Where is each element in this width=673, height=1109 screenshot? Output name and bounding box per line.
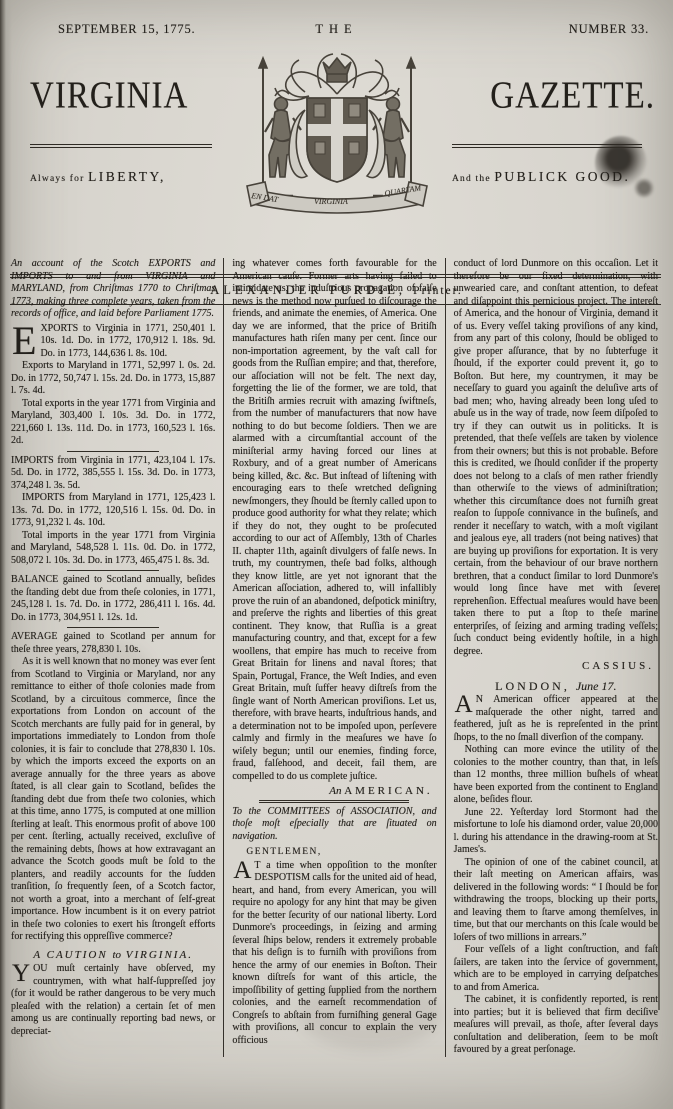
- section-rule: [67, 570, 159, 571]
- article-columns: An account of the Scotch EXPORTS and IMP…: [10, 258, 659, 1057]
- masthead-the: THE: [315, 22, 357, 37]
- paragraph: YOU muſt certainly have obſerved, my cou…: [11, 963, 215, 1038]
- signature: An AMERICAN.: [232, 785, 432, 798]
- section-heading: LONDON, June 17.: [454, 680, 658, 693]
- paragraph: Total exports in the year 1771 from Virg…: [11, 398, 215, 448]
- paragraph: AN American officer appeared at the maſq…: [454, 694, 658, 744]
- section-rule: [67, 451, 159, 452]
- text-segment: June 17.: [576, 679, 617, 693]
- column-2: ing whatever comes forth favourable for …: [223, 258, 444, 1057]
- paragraph: AT a time when oppoſition to the monſter…: [232, 860, 436, 1048]
- drop-cap: A: [232, 860, 254, 881]
- masthead-title-left: VIRGINIA: [30, 75, 188, 117]
- motto-right: And the PUBLICK GOOD.: [452, 168, 630, 186]
- issue-header: SEPTEMBER 15, 1775. THE NUMBER 33.: [0, 22, 673, 42]
- column-1: An account of the Scotch EXPORTS and IMP…: [10, 258, 223, 1057]
- paragraph: The cabinet, it is confidently reported,…: [454, 994, 658, 1057]
- crest-motto-center: VIRGINIA: [314, 197, 348, 206]
- paragraph: Total imports in the year 1771 from Virg…: [11, 530, 215, 568]
- masthead-title-right: GAZETTE.: [490, 75, 655, 117]
- paragraph: Four veſſels of a light conſtruction, an…: [454, 944, 658, 994]
- drop-cap: Y: [11, 963, 33, 984]
- section-intro: To the COMMITTEES of ASSOCIATION, and th…: [232, 806, 436, 844]
- double-rule: [452, 144, 642, 148]
- section-heading: A CAUTION to VIRGINIA.: [11, 949, 215, 962]
- signature-rule: [259, 800, 409, 803]
- drop-cap: E: [11, 323, 40, 357]
- paragraph: June 22. Yeſterday lord Stormont had the…: [454, 807, 658, 857]
- drop-cap: A: [454, 694, 476, 715]
- motto-left-small: Always for: [30, 174, 88, 184]
- paragraph: Exports to Maryland in 1771, 52,997 l. 0…: [11, 360, 215, 398]
- section-intro: An account of the Scotch EXPORTS and IMP…: [11, 258, 215, 321]
- issue-date: SEPTEMBER 15, 1775.: [58, 22, 195, 37]
- motto-right-large: PUBLICK GOOD.: [494, 169, 630, 184]
- motto-right-small: And the: [452, 174, 494, 184]
- paragraph: IMPORTS from Virginia in 1771, 423,104 l…: [11, 455, 215, 493]
- text-segment: VIRGINIA.: [121, 949, 193, 961]
- motto-left-large: LIBERTY,: [88, 169, 166, 184]
- text-segment: to: [112, 949, 121, 961]
- paragraph: conduct of lord Dunmore on this occaſion…: [454, 258, 658, 658]
- paragraph: Nothing can more evince the utility of t…: [454, 744, 658, 807]
- paragraph: As it is well known that no money was ev…: [11, 656, 215, 944]
- text-segment: AMERICAN.: [344, 785, 432, 797]
- paragraph: EXPORTS to Virginia in 1771, 250,401 l. …: [11, 323, 215, 361]
- text-segment: LONDON,: [495, 679, 576, 693]
- double-rule: [30, 144, 212, 148]
- paragraph: The opinion of one of the cabinet counci…: [454, 857, 658, 945]
- text-segment: A CAUTION: [33, 949, 112, 961]
- coat-of-arms: EN DAT VIRGINIA QUARTAM: [217, 40, 457, 280]
- text-segment: An: [329, 785, 344, 797]
- signature: CASSIUS.: [454, 660, 654, 673]
- salutation: GENTLEMEN,: [232, 846, 436, 859]
- text-segment: CASSIUS.: [582, 660, 654, 672]
- paragraph: IMPORTS from Maryland in 1771, 125,423 l…: [11, 492, 215, 530]
- paragraph: ing whatever comes forth favourable for …: [232, 258, 436, 783]
- newspaper-page: SEPTEMBER 15, 1775. THE NUMBER 33. VIRGI…: [0, 0, 673, 1109]
- motto-left: Always for LIBERTY,: [30, 168, 166, 186]
- paragraph: BALANCE gained to Scotland annually, beſ…: [11, 574, 215, 624]
- column-3: conduct of lord Dunmore on this occaſion…: [445, 258, 659, 1057]
- section-rule: [67, 627, 159, 628]
- paragraph: AVERAGE gained to Scotland per annum for…: [11, 631, 215, 656]
- masthead: VIRGINIA GAZETTE. Always for LIBERTY, An…: [0, 52, 673, 252]
- issue-number: NUMBER 33.: [569, 22, 649, 37]
